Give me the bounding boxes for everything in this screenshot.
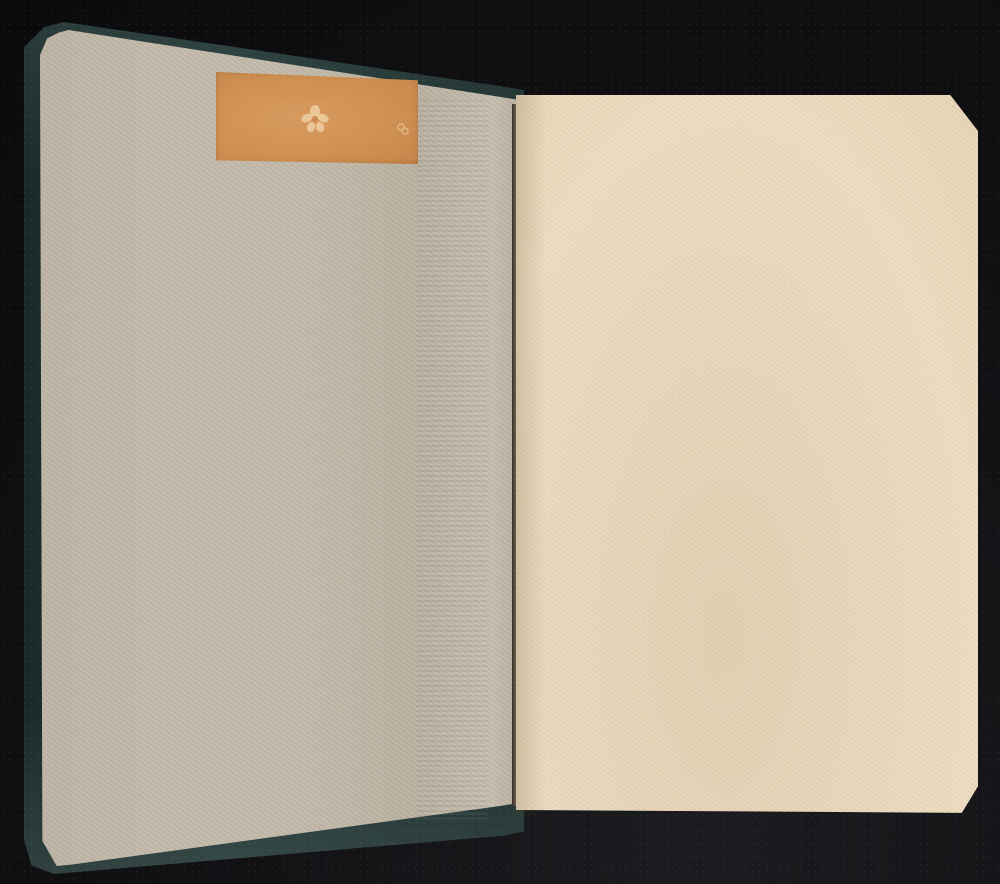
gutter-shadow (516, 95, 546, 815)
floral-emblem-icon (298, 102, 332, 136)
photo-scene (0, 0, 1000, 884)
bookplate-label (216, 72, 418, 164)
small-ornament-icon (396, 122, 410, 136)
binding-hinge (416, 100, 488, 820)
right-flyleaf (516, 95, 978, 815)
